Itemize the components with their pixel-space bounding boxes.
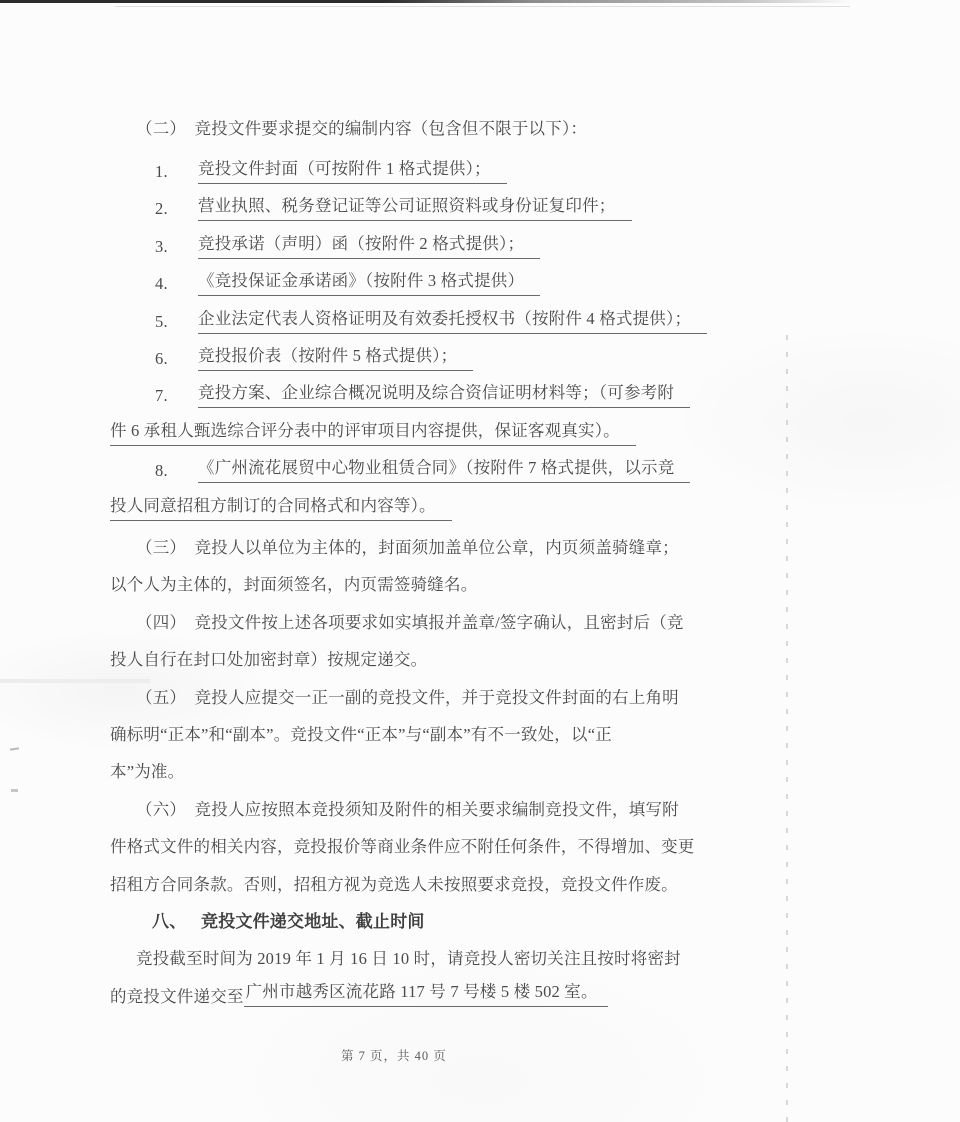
para-6-line-1: （六） 竞投人应按照本竞投须知及附件的相关要求编制竞投文件，填写附 [110,789,720,826]
item-8-number: 8. [155,461,198,481]
item-6-number: 6. [155,349,198,369]
item-5-text: 企业法定代表人资格证明及有效委托授权书（按附件 4 格式提供）； [198,310,707,334]
item-4-number: 4. [155,274,198,294]
item-1-number: 1. [155,162,198,182]
para-2-intro: （二） 竞投文件要求提交的编制内容（包含但不限于以下）： [110,108,720,145]
para-3-line-2: 以个人为主体的，封面须签名，内页需签骑缝名。 [110,565,720,602]
item-1-text: 竞投文件封面（可按附件 1 格式提供）； [198,160,507,184]
item-7-text: 竞投方案、企业综合概况说明及综合资信证明材料等；（可参考附 [198,384,690,408]
para-4-line-1: （四） 竞投文件按上述各项要求如实填报并盖章/签字确认，且密封后（竞 [110,602,720,639]
para-6-line-3: 招租方合同条款。否则，招租方视为竞选人未按照要求竞投，竞投文件作废。 [110,864,720,901]
para-6-line-2: 件格式文件的相关内容，竞投报价等商业条件应不附任何条件，不得增加、变更 [110,826,720,863]
section-8-heading: 八、 竞投文件递交地址、截止时间 [110,901,720,938]
para-8-line-2-prefix: 的竞投文件递交至 [110,983,244,1007]
scan-artifact-dash-2 [11,789,18,792]
para-8-line-1: 竞投截至时间为 2019 年 1 月 16 日 10 时，请竞投人密切关注且按时… [110,939,720,976]
submission-address: 广州市越秀区流花路 117 号 7 号楼 5 楼 502 室。 [244,983,608,1007]
para-5-line-2: 确标明“正本”和“副本”。竞投文件“正本”与“副本”有不一致处，以“正 [110,714,720,751]
scan-artifact-dash-1 [10,747,19,750]
document-page: （二） 竞投文件要求提交的编制内容（包含但不限于以下）： 1. 竞投文件封面（可… [0,0,960,1122]
item-5-number: 5. [155,312,198,332]
item-8-text: 《广州流花展贸中心物业租赁合同》（按附件 7 格式提供，以示竞 [198,459,690,483]
section-8-number: 八、 [152,907,201,932]
scan-artifact-top-edge [0,0,860,3]
item-7: 7. 竞投方案、企业综合概况说明及综合资信证明材料等；（可参考附 [110,378,720,415]
item-6-text: 竞投报价表（按附件 5 格式提供）； [198,347,473,371]
item-3-number: 3. [155,237,198,257]
item-6: 6. 竞投报价表（按附件 5 格式提供）； [110,340,720,377]
item-5: 5. 企业法定代表人资格证明及有效委托授权书（按附件 4 格式提供）； [110,303,720,340]
item-7-continuation-text: 件 6 承租人甄选综合评分表中的评审项目内容提供，保证客观真实）。 [110,422,636,446]
item-8-continuation: 投人同意招租方制订的合同格式和内容等）。 [110,490,720,527]
para-5-line-1: （五） 竞投人应提交一正一副的竞投文件，并于竞投文件封面的右上角明 [110,677,720,714]
para-8-line-2: 的竞投文件递交至广州市越秀区流花路 117 号 7 号楼 5 楼 502 室。 [110,976,720,1013]
item-8-continuation-text: 投人同意招租方制订的合同格式和内容等）。 [110,497,452,521]
item-2: 2. 营业执照、税务登记证等公司证照资料或身份证复印件； [110,191,720,228]
item-3-text: 竞投承诺（声明）函（按附件 2 格式提供）； [198,235,540,259]
page-number: 第 7 页，共 40 页 [341,1046,447,1064]
scan-artifact-top-line [115,6,850,7]
document-body: （二） 竞投文件要求提交的编制内容（包含但不限于以下）： 1. 竞投文件封面（可… [110,108,720,1013]
section-8-title: 竞投文件递交地址、截止时间 [201,907,425,932]
item-8: 8. 《广州流花展贸中心物业租赁合同》（按附件 7 格式提供，以示竞 [110,453,720,490]
item-7-continuation: 件 6 承租人甄选综合评分表中的评审项目内容提供，保证客观真实）。 [110,415,720,452]
scan-artifact-vertical-line [786,335,788,1122]
item-3: 3. 竞投承诺（声明）函（按附件 2 格式提供）； [110,228,720,265]
para-4-line-2: 投人自行在封口处加密封章）按规定递交。 [110,639,720,676]
item-4: 4. 《竞投保证金承诺函》（按附件 3 格式提供） [110,266,720,303]
item-4-text: 《竞投保证金承诺函》（按附件 3 格式提供） [198,272,540,296]
item-2-text: 营业执照、税务登记证等公司证照资料或身份证复印件； [198,197,632,221]
para-5-line-3: 本”为准。 [110,752,720,789]
item-7-number: 7. [155,386,198,406]
item-2-number: 2. [155,199,198,219]
para-3-line-1: （三） 竞投人以单位为主体的，封面须加盖单位公章，内页须盖骑缝章； [110,527,720,564]
item-1: 1. 竞投文件封面（可按附件 1 格式提供）； [110,153,720,190]
